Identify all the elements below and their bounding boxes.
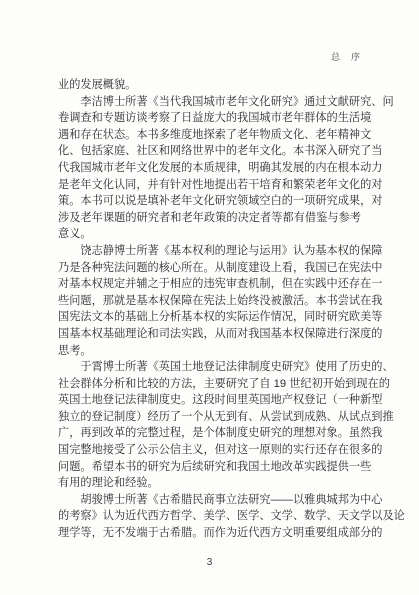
text-line: 国完整地接受了公示公信主义，但对这一原则的实行还存在很多的	[58, 442, 361, 459]
text-line: 有用的理论和经验。	[58, 475, 361, 492]
text-line: 些问题，那就是基本权保障在宪法上始终没被激活。本书尝试在我	[58, 293, 361, 310]
text-line: 于霄博士所著《英国土地登记法律制度史研究》使用了历史的、	[58, 359, 361, 376]
text-line: 代我国城市老年文化发展的本质规律，明确其发展的内在根本动力	[58, 160, 361, 177]
text-line: 化、包括家庭、社区和网络世界中的老年文化。本书深入研究了当	[58, 143, 361, 160]
text-line: 国宪法文本的基础上分析基本权的实际运作情况，同时研究欧美等	[58, 309, 361, 326]
paragraph: 于霄博士所著《英国土地登记法律制度史研究》使用了历史的、社会群体分析和比较的方法…	[58, 359, 361, 492]
text-line: 胡骏博士所著《古希腊民商事立法研究——以雅典城邦为中心	[58, 492, 361, 509]
text-line: 的考察》认为近代西方哲学、美学、医学、文学、数学、天文学以及论	[58, 508, 361, 525]
text-line: 独立的登记制度）经历了一个从无到有、从尝试到成熟、从试点到推	[58, 409, 361, 426]
text-line: 广，再到改革的完整过程，是个体制度史研究的理想对象。虽然我	[58, 425, 361, 442]
text-line: 业的发展概貌。	[58, 77, 361, 94]
paragraph: 饶志静博士所著《基本权利的理论与运用》认为基本权的保障乃是各种宪法问题的核心所在…	[58, 243, 361, 359]
text-line: 思考。	[58, 343, 361, 360]
paragraph: 业的发展概貌。	[58, 77, 361, 94]
text-line: 国基本权基础理论和司法实践，从而对我国基本权保障进行深度的	[58, 326, 361, 343]
text-line: 理学等，无不发端于古希腊。而作为近代西方文明重要组成部分的	[58, 525, 361, 542]
text-line: 策。本书可以说是填补老年文化研究领域空白的一项研究成果，对	[58, 193, 361, 210]
body-text: 业的发展概貌。李洁博士所著《当代我国城市老年文化研究》通过文献研究、问卷调查和专…	[58, 77, 361, 542]
text-line: 乃是各种宪法问题的核心所在。从制度建设上看，我国已在宪法中	[58, 260, 361, 277]
page-number: 3	[0, 557, 419, 568]
text-line: 问题。希望本书的研究为后续研究和我国土地改革实践提供一些	[58, 459, 361, 476]
document-page: 总 序 业的发展概貌。李洁博士所著《当代我国城市老年文化研究》通过文献研究、问卷…	[0, 0, 419, 595]
text-line: 意义。	[58, 226, 361, 243]
text-line: 社会群体分析和比较的方法，主要研究了自 19 世纪初开始到现在的	[58, 376, 361, 393]
paragraph: 胡骏博士所著《古希腊民商事立法研究——以雅典城邦为中心的考察》认为近代西方哲学、…	[58, 492, 361, 542]
text-line: 是老年文化认同，并有针对性地提出若干培育和繁荣老年文化的对	[58, 177, 361, 194]
text-line: 饶志静博士所著《基本权利的理论与运用》认为基本权的保障	[58, 243, 361, 260]
paragraph: 李洁博士所著《当代我国城市老年文化研究》通过文献研究、问卷调查和专题访谈考察了日…	[58, 94, 361, 243]
running-header: 总 序	[331, 50, 361, 63]
text-line: 英国土地登记法律制度史。这段时间里英国地产权登记（一种新型	[58, 392, 361, 409]
text-line: 遇和存在状态。本书多维度地探索了老年物质文化、老年精神文	[58, 127, 361, 144]
text-line: 卷调查和专题访谈考察了日益庞大的我国城市老年群体的生活境	[58, 110, 361, 127]
text-line: 涉及老年课题的研究者和老年政策的决定者等都有借鉴与参考	[58, 210, 361, 227]
text-line: 李洁博士所著《当代我国城市老年文化研究》通过文献研究、问	[58, 94, 361, 111]
text-line: 对基本权规定并辅之于相应的违宪审查机制，但在实践中还存在一	[58, 276, 361, 293]
